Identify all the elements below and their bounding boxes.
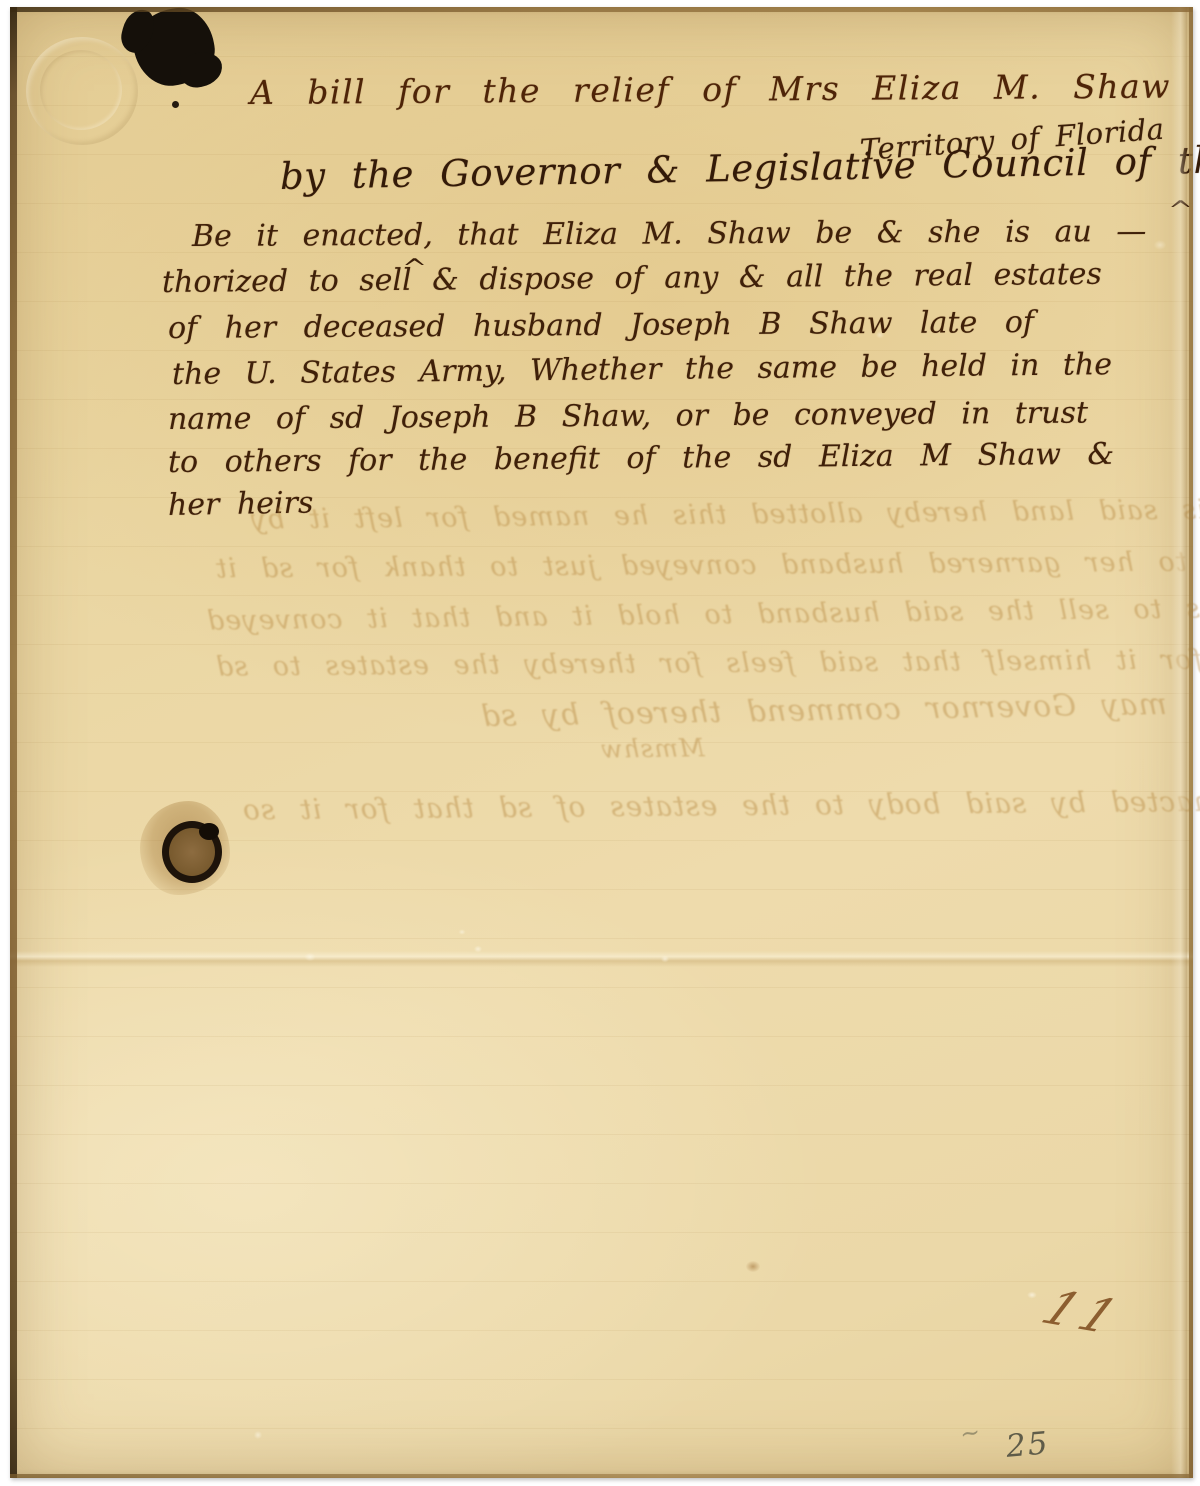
bleed-through-line: to her garnered husband conveyed just to… bbox=[215, 547, 1187, 585]
ink-spot-ring bbox=[162, 821, 222, 883]
pencil-page-number: 25 bbox=[1005, 1425, 1051, 1465]
bleed-through-line: may Governor commend thereof by sd bbox=[480, 687, 1167, 734]
body-line: of her deceased husband Joseph B Shaw la… bbox=[168, 305, 1034, 346]
bleed-through-line: hands to sell the said husband to hold i… bbox=[206, 592, 1200, 636]
fold-mark-11: 11 bbox=[1033, 1281, 1133, 1346]
paper-edge-left bbox=[10, 7, 17, 1478]
bleed-through-line: for his said land hereby allotted this h… bbox=[250, 494, 1200, 536]
ink-blot-drip bbox=[172, 101, 179, 108]
body-line: to others for the benefit of the sd Eliz… bbox=[168, 437, 1114, 480]
paper-edge-bottom bbox=[10, 1474, 1193, 1478]
bleed-through-line: enacted by said body to the estates of s… bbox=[242, 785, 1200, 827]
body-line: the U. States Army, Whether the same be … bbox=[172, 347, 1112, 392]
ink-spot-halo bbox=[140, 801, 230, 895]
enacting-clause-line: by the Governor & Legislative Council of… bbox=[280, 138, 1200, 198]
manuscript-page: A bill for the relief of Mrs Eliza M. Sh… bbox=[10, 7, 1193, 1478]
body-line: name of sd Joseph B Shaw, or be conveyed… bbox=[168, 396, 1088, 437]
body-line: thorized to sell & dispose of any & all … bbox=[162, 257, 1102, 300]
embossed-seal-inner bbox=[40, 50, 122, 130]
page-curl-highlight bbox=[1171, 7, 1187, 1478]
body-line: Be it enacted, that Eliza M. Shaw be & s… bbox=[192, 214, 1146, 254]
bleed-through-line: for it himself that said feels for there… bbox=[215, 645, 1200, 683]
paper-edge-top bbox=[10, 7, 1193, 12]
paper-edge-right bbox=[1189, 7, 1193, 1478]
document-title-line: A bill for the relief of Mrs Eliza M. Sh… bbox=[250, 66, 1200, 112]
bleed-through-signature: Mmshw bbox=[600, 733, 705, 763]
fold-crease bbox=[10, 951, 1193, 967]
embossed-seal bbox=[26, 37, 138, 145]
ink-blot-large bbox=[128, 3, 220, 92]
small-stain bbox=[746, 1261, 760, 1272]
pencil-smudge: ~ bbox=[958, 1417, 983, 1448]
